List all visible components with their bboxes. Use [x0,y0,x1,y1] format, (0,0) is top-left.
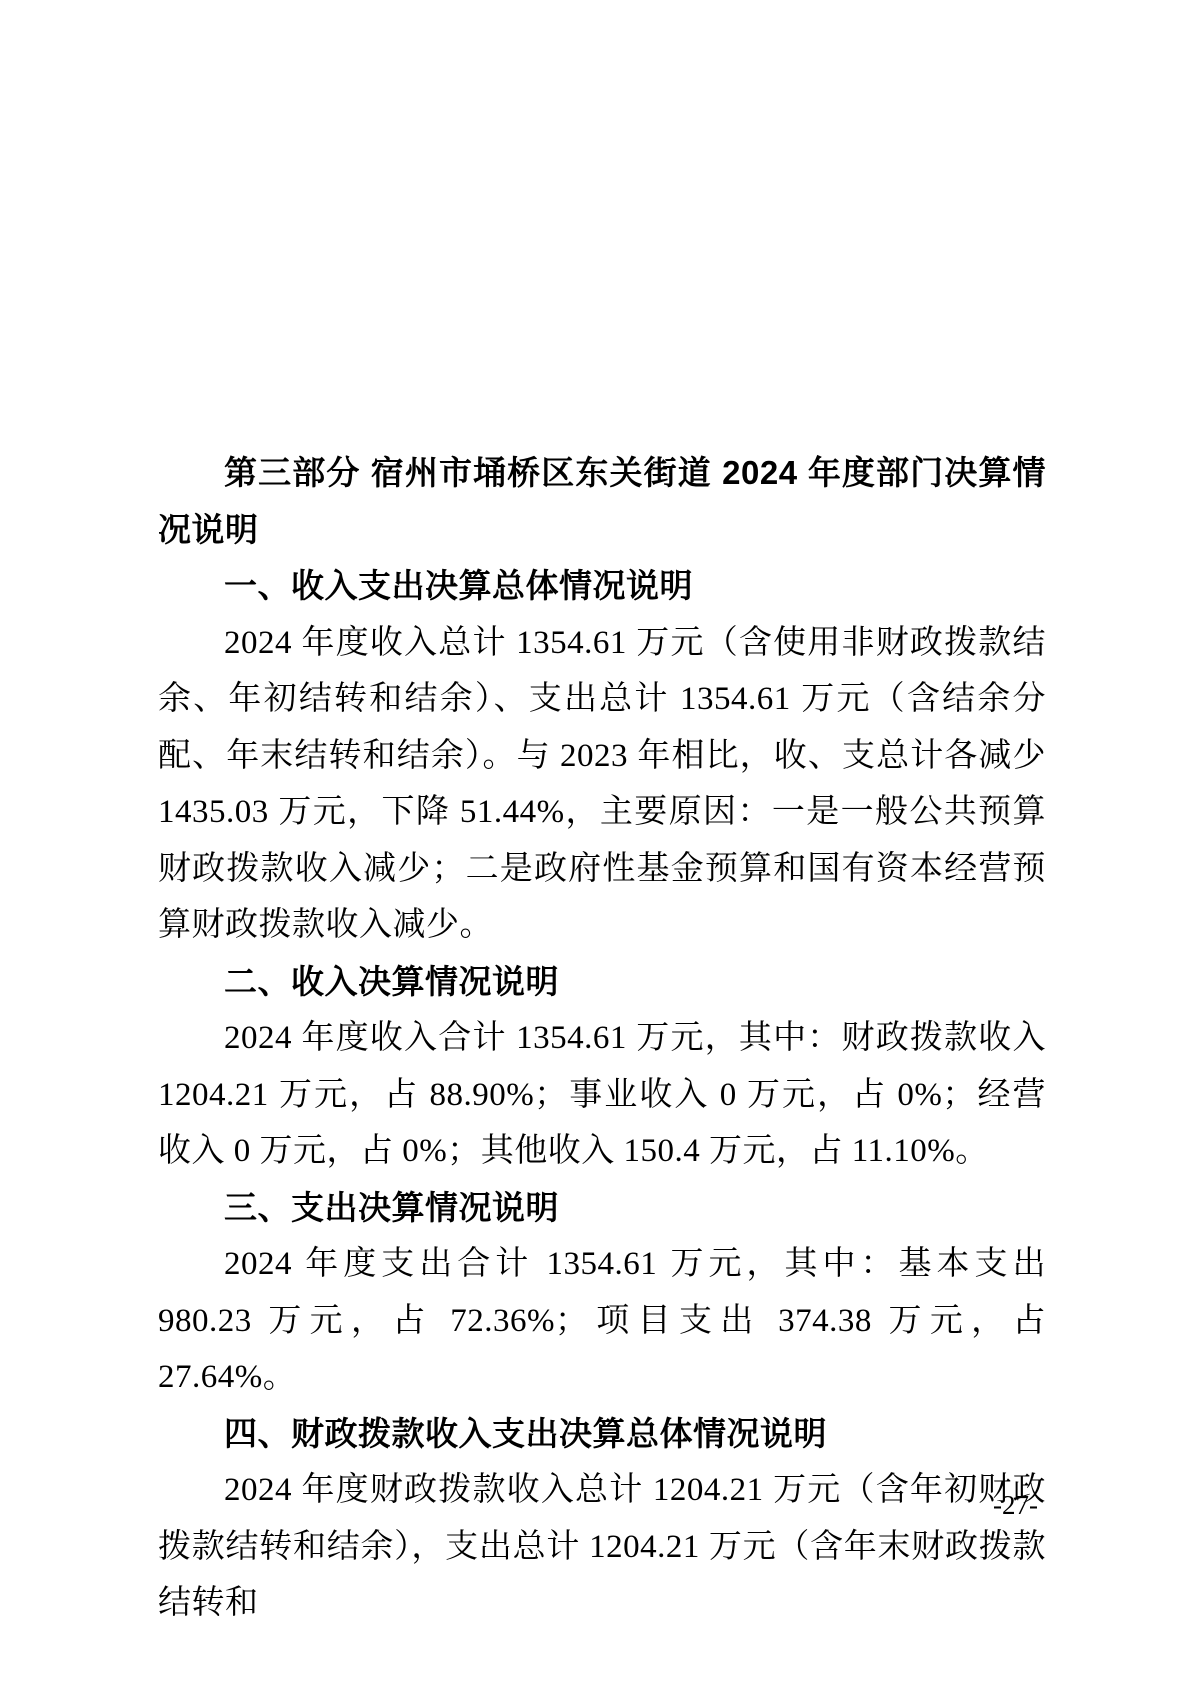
section-paragraph-fiscal-appropriation-overall: 2024 年度财政拨款收入总计 1204.21 万元（含年初财政拨款结转和结余）… [158,1462,1046,1632]
section-heading-income-final-accounts: 二、收入决算情况说明 [158,954,1046,1011]
document-page: 第三部分 宿州市埇桥区东关街道 2024 年度部门决算情况说明 一、收入支出决算… [0,0,1190,1683]
page-number: -27- [993,1490,1038,1520]
section-paragraph-expenditure-final-accounts: 2024 年度支出合计 1354.61 万元，其中：基本支出 980.23 万元… [158,1236,1046,1406]
section-paragraph-income-expenditure-overall: 2024 年度收入总计 1354.61 万元（含使用非财政拨款结余、年初结转和结… [158,615,1046,954]
section-heading-fiscal-appropriation-overall: 四、财政拨款收入支出决算总体情况说明 [158,1406,1046,1463]
document-title: 第三部分 宿州市埇桥区东关街道 2024 年度部门决算情况说明 [158,445,1046,558]
section-paragraph-income-final-accounts: 2024 年度收入合计 1354.61 万元，其中：财政拨款收入 1204.21… [158,1010,1046,1180]
section-heading-expenditure-final-accounts: 三、支出决算情况说明 [158,1180,1046,1237]
section-heading-income-expenditure-overall: 一、收入支出决算总体情况说明 [158,558,1046,615]
document-content: 第三部分 宿州市埇桥区东关街道 2024 年度部门决算情况说明 一、收入支出决算… [158,445,1046,1632]
